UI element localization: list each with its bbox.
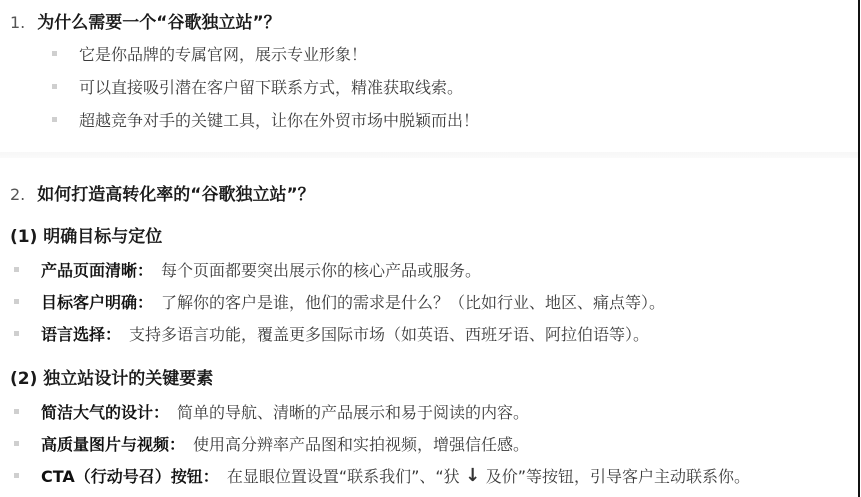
item-label: 语言选择： [41,322,121,345]
list-item: CTA（行动号召）按钮： 在显眼位置设置“联系我们”、“犾 ↓ 及价”等按钮，引… [14,464,750,487]
item-label: 目标客户明确： [41,290,153,313]
section-title: 如何打造高转化率的“谷歌独立站”？ [37,180,314,205]
section-divider [0,152,858,158]
list-item-text: 超越竞争对手的关键工具，让你在外贸市场中脱颖而出！ [79,108,479,131]
list-item: 语言选择： 支持多语言功能，覆盖更多国际市场（如英语、西班牙语、阿拉伯语等）。 [14,322,649,345]
list-item: 简洁大气的设计： 简单的导航、清晰的产品展示和易于阅读的内容。 [14,400,529,423]
list-item: 可以直接吸引潜在客户留下联系方式，精准获取线索。 [52,75,463,98]
item-text: 支持多语言功能，覆盖更多国际市场（如英语、西班牙语、阿拉伯语等）。 [129,322,649,345]
list-item-text: 它是你品牌的专属官网，展示专业形象！ [79,42,367,65]
item-label: 简洁大气的设计： [41,400,169,423]
section-why-website: 1. 为什么需要一个“谷歌独立站”？ 它是你品牌的专属官网，展示专业形象！ 可以… [0,0,858,150]
item-text: 及价”等按钮，引导客户主动联系你。 [486,464,750,487]
bullet-icon [14,267,19,272]
bullet-icon [52,51,57,56]
list-item: 高质量图片与视频： 使用高分辨率产品图和实拍视频，增强信任感。 [14,432,529,455]
item-text: 使用高分辨率产品图和实拍视频，增强信任感。 [193,432,529,455]
item-label: 产品页面清晰： [41,258,153,281]
scroll-down-icon[interactable]: ↓ [462,465,484,487]
list-item-text: 可以直接吸引潜在客户留下联系方式，精准获取线索。 [79,75,463,98]
item-number: 2. [10,185,25,204]
list-item: 产品页面清晰： 每个页面都要突出展示你的核心产品或服务。 [14,258,481,281]
bullet-icon [14,441,19,446]
list-item: 超越竞争对手的关键工具，让你在外贸市场中脱颖而出！ [52,108,479,131]
item-label: 高质量图片与视频： [41,432,185,455]
bullet-icon [14,409,19,414]
item-text: 在显眼位置设置“联系我们”、“犾 [227,464,460,487]
bullet-icon [14,299,19,304]
bullet-icon [52,117,57,122]
section-title: 为什么需要一个“谷歌独立站”？ [37,8,280,33]
bullet-icon [14,473,19,478]
window-edge [858,0,860,497]
ordered-item-1: 1. 为什么需要一个“谷歌独立站”？ [10,8,281,33]
item-text: 了解你的客户是谁，他们的需求是什么？（比如行业、地区、痛点等）。 [161,290,665,313]
bullet-icon [14,331,19,336]
list-item: 它是你品牌的专属官网，展示专业形象！ [52,42,367,65]
ordered-item-2: 2. 如何打造高转化率的“谷歌独立站”？ [10,180,315,205]
item-text: 简单的导航、清晰的产品展示和易于阅读的内容。 [177,400,529,423]
item-text: 每个页面都要突出展示你的核心产品或服务。 [161,258,481,281]
bullet-icon [52,84,57,89]
sub-heading-design: (2) 独立站设计的关键要素 [10,364,213,389]
item-label: CTA（行动号召）按钮： [41,464,219,487]
sub-heading-goals: (1) 明确目标与定位 [10,222,162,247]
item-number: 1. [10,13,25,32]
list-item: 目标客户明确： 了解你的客户是谁，他们的需求是什么？（比如行业、地区、痛点等）。 [14,290,665,313]
